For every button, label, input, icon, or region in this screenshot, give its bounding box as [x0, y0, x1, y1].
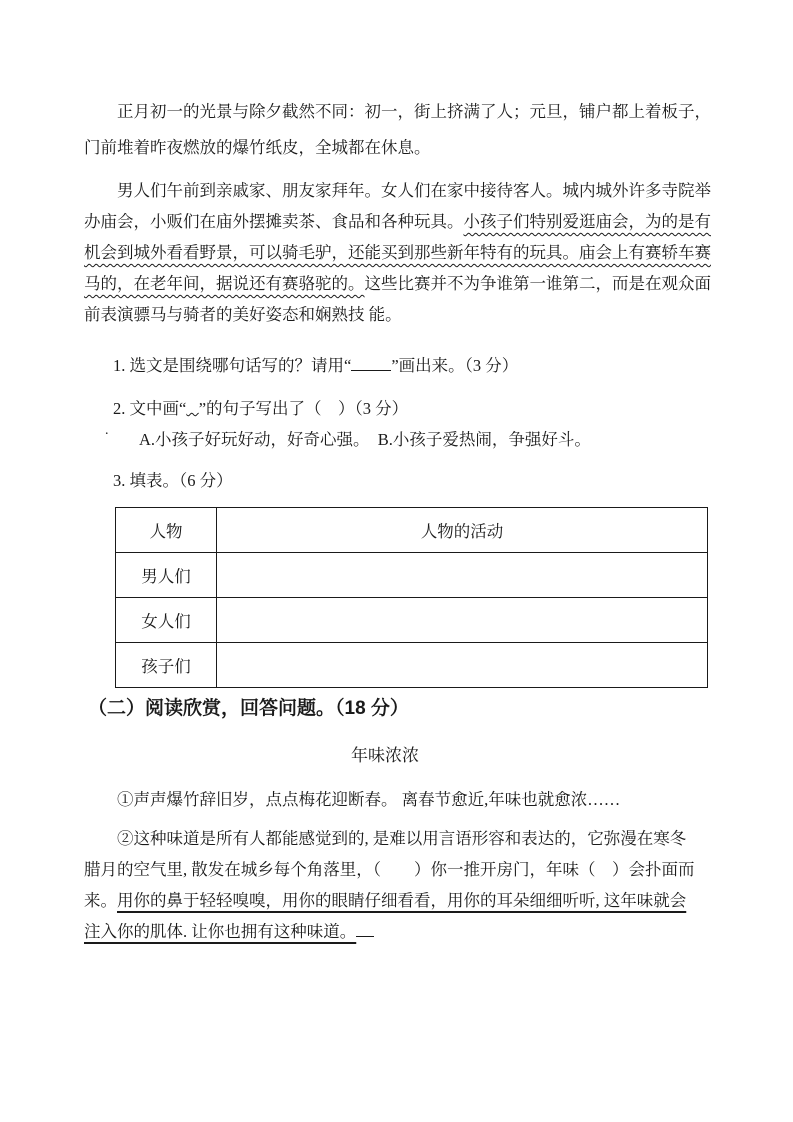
passage-line: ①声声爆竹辞旧岁，点点梅花迎断春。 离春节愈近,年味也就愈浓…… — [84, 784, 724, 815]
passage-line: 办庙会，小贩们在庙外摆摊卖茶、食品和各种玩具。小孩子们特别爱逛庙会，为的是有 — [84, 206, 724, 237]
underlined-text: 注入你的肌体. 让你也拥有这种味道。 — [84, 922, 356, 941]
table-row: 孩子们 — [116, 643, 708, 688]
table-header-person: 人物 — [116, 508, 217, 553]
wavy-underlined-text: 小孩子们特别爱逛庙会，为的是有 — [464, 212, 712, 231]
table-cell-activity-empty — [217, 553, 708, 598]
passage-text: 来。 — [84, 891, 117, 910]
question-3: 3. 填表。（6 分） — [84, 469, 724, 493]
worksheet-page: 正月初一的光景与除夕截然不同：初一，街上挤满了人；元旦，铺户都上着板子， 门前堆… — [0, 0, 793, 1122]
passage-line: 前表演骠马与骑者的美好姿态和娴熟技 能。 — [84, 299, 724, 330]
passage-line: 正月初一的光景与除夕截然不同：初一，街上挤满了人；元旦，铺户都上着板子， — [84, 94, 724, 130]
passage-line: 注入你的肌体. 让你也拥有这种味道。 — [84, 916, 724, 947]
passage-line: 机会到城外看看野景，可以骑毛驴，还能买到那些新年特有的玩具。庙会上有赛轿车赛 — [84, 237, 724, 268]
worksheet-content: 正月初一的光景与除夕截然不同：初一，街上挤满了人；元旦，铺户都上着板子， 门前堆… — [84, 0, 724, 947]
reading-paragraph-1: ①声声爆竹辞旧岁，点点梅花迎断春。 离春节愈近,年味也就愈浓…… — [84, 784, 724, 815]
table-header-activity: 人物的活动 — [217, 508, 708, 553]
table-cell-person: 女人们 — [116, 598, 217, 643]
table-cell-person: 孩子们 — [116, 643, 217, 688]
table-header-row: 人物 人物的活动 — [116, 508, 708, 553]
question-2-text: 2. 文中画“ — [113, 399, 186, 418]
question-2: 2. 文中画“ ”的句子写出了（ ）（3 分） — [84, 397, 724, 421]
question-1-text: 1. 选文是围绕哪句话写的？请用“ — [113, 356, 351, 375]
table-cell-activity-empty — [217, 598, 708, 643]
table-row: 男人们 — [116, 553, 708, 598]
question-2-text: ”的句子写出了（ ）（3 分） — [199, 399, 408, 418]
wavy-underlined-text: 马的，在老年间，据说还有赛骆驼的。 — [84, 274, 365, 293]
passage-line: 男人们午前到亲戚家、朋友家拜年。女人们在家中接待客人。城内城外许多寺院举 — [84, 175, 724, 206]
underline-tail — [356, 921, 374, 937]
table-row: 女人们 — [116, 598, 708, 643]
passage-line: 门前堆着昨夜燃放的爆竹纸皮，全城都在休息。 — [84, 130, 724, 166]
question-1-text: ”画出来。（3 分） — [391, 356, 518, 375]
table-cell-activity-empty — [217, 643, 708, 688]
wavy-underlined-text: 机会到城外看看野景，可以骑毛驴，还能买到那些新年特有的玩具。庙会上有赛轿车赛 — [84, 243, 711, 262]
reading-paragraph-2: ②这种味道是所有人都能感觉到的, 是难以用言语形容和表达的，它弥漫在寒冬 腊月的… — [84, 823, 724, 947]
question-2-options: A.小孩子好玩好动，好奇心强。 B.小孩子爱热闹，争强好斗。 — [84, 428, 724, 452]
answer-blank-line — [351, 355, 391, 371]
question-1: 1. 选文是围绕哪句话写的？请用“”画出来。（3 分） — [84, 354, 724, 378]
passage-line: 来。用你的鼻于轻轻嗅嗅，用你的眼睛仔细看看，用你的耳朵细细听听, 这年味就会 — [84, 885, 724, 916]
stray-scan-mark: . — [105, 424, 109, 438]
excerpt-paragraph-2: 男人们午前到亲戚家、朋友家拜年。女人们在家中接待客人。城内城外许多寺院举 办庙会… — [84, 175, 724, 330]
section-2-heading: （二）阅读欣赏，回答问题。（18 分） — [88, 695, 724, 722]
passage-text: 这些比赛并不为争谁第一谁第二，而是在观众面 — [365, 274, 712, 293]
passage-line: 马的，在老年间，据说还有赛骆驼的。这些比赛并不为争谁第一谁第二，而是在观众面 — [84, 268, 724, 299]
excerpt-paragraph-1: 正月初一的光景与除夕截然不同：初一，街上挤满了人；元旦，铺户都上着板子， 门前堆… — [84, 94, 724, 166]
fill-in-table: 人物 人物的活动 男人们 女人们 孩子们 — [115, 507, 708, 688]
reading-passage-title: 年味浓浓 — [84, 745, 724, 767]
underlined-text: 用你的鼻于轻轻嗅嗅，用你的眼睛仔细看看，用你的耳朵细细听听, 这年味就会 — [117, 891, 686, 910]
wavy-line-mark — [186, 394, 198, 418]
table-cell-person: 男人们 — [116, 553, 217, 598]
passage-line: ②这种味道是所有人都能感觉到的, 是难以用言语形容和表达的，它弥漫在寒冬 — [84, 823, 724, 854]
passage-text: 办庙会，小贩们在庙外摆摊卖茶、食品和各种玩具。 — [84, 212, 464, 231]
passage-line: 腊月的空气里, 散发在城乡每个角落里，（ ）你一推开房门，年味（ ）会扑面而 — [84, 854, 724, 885]
